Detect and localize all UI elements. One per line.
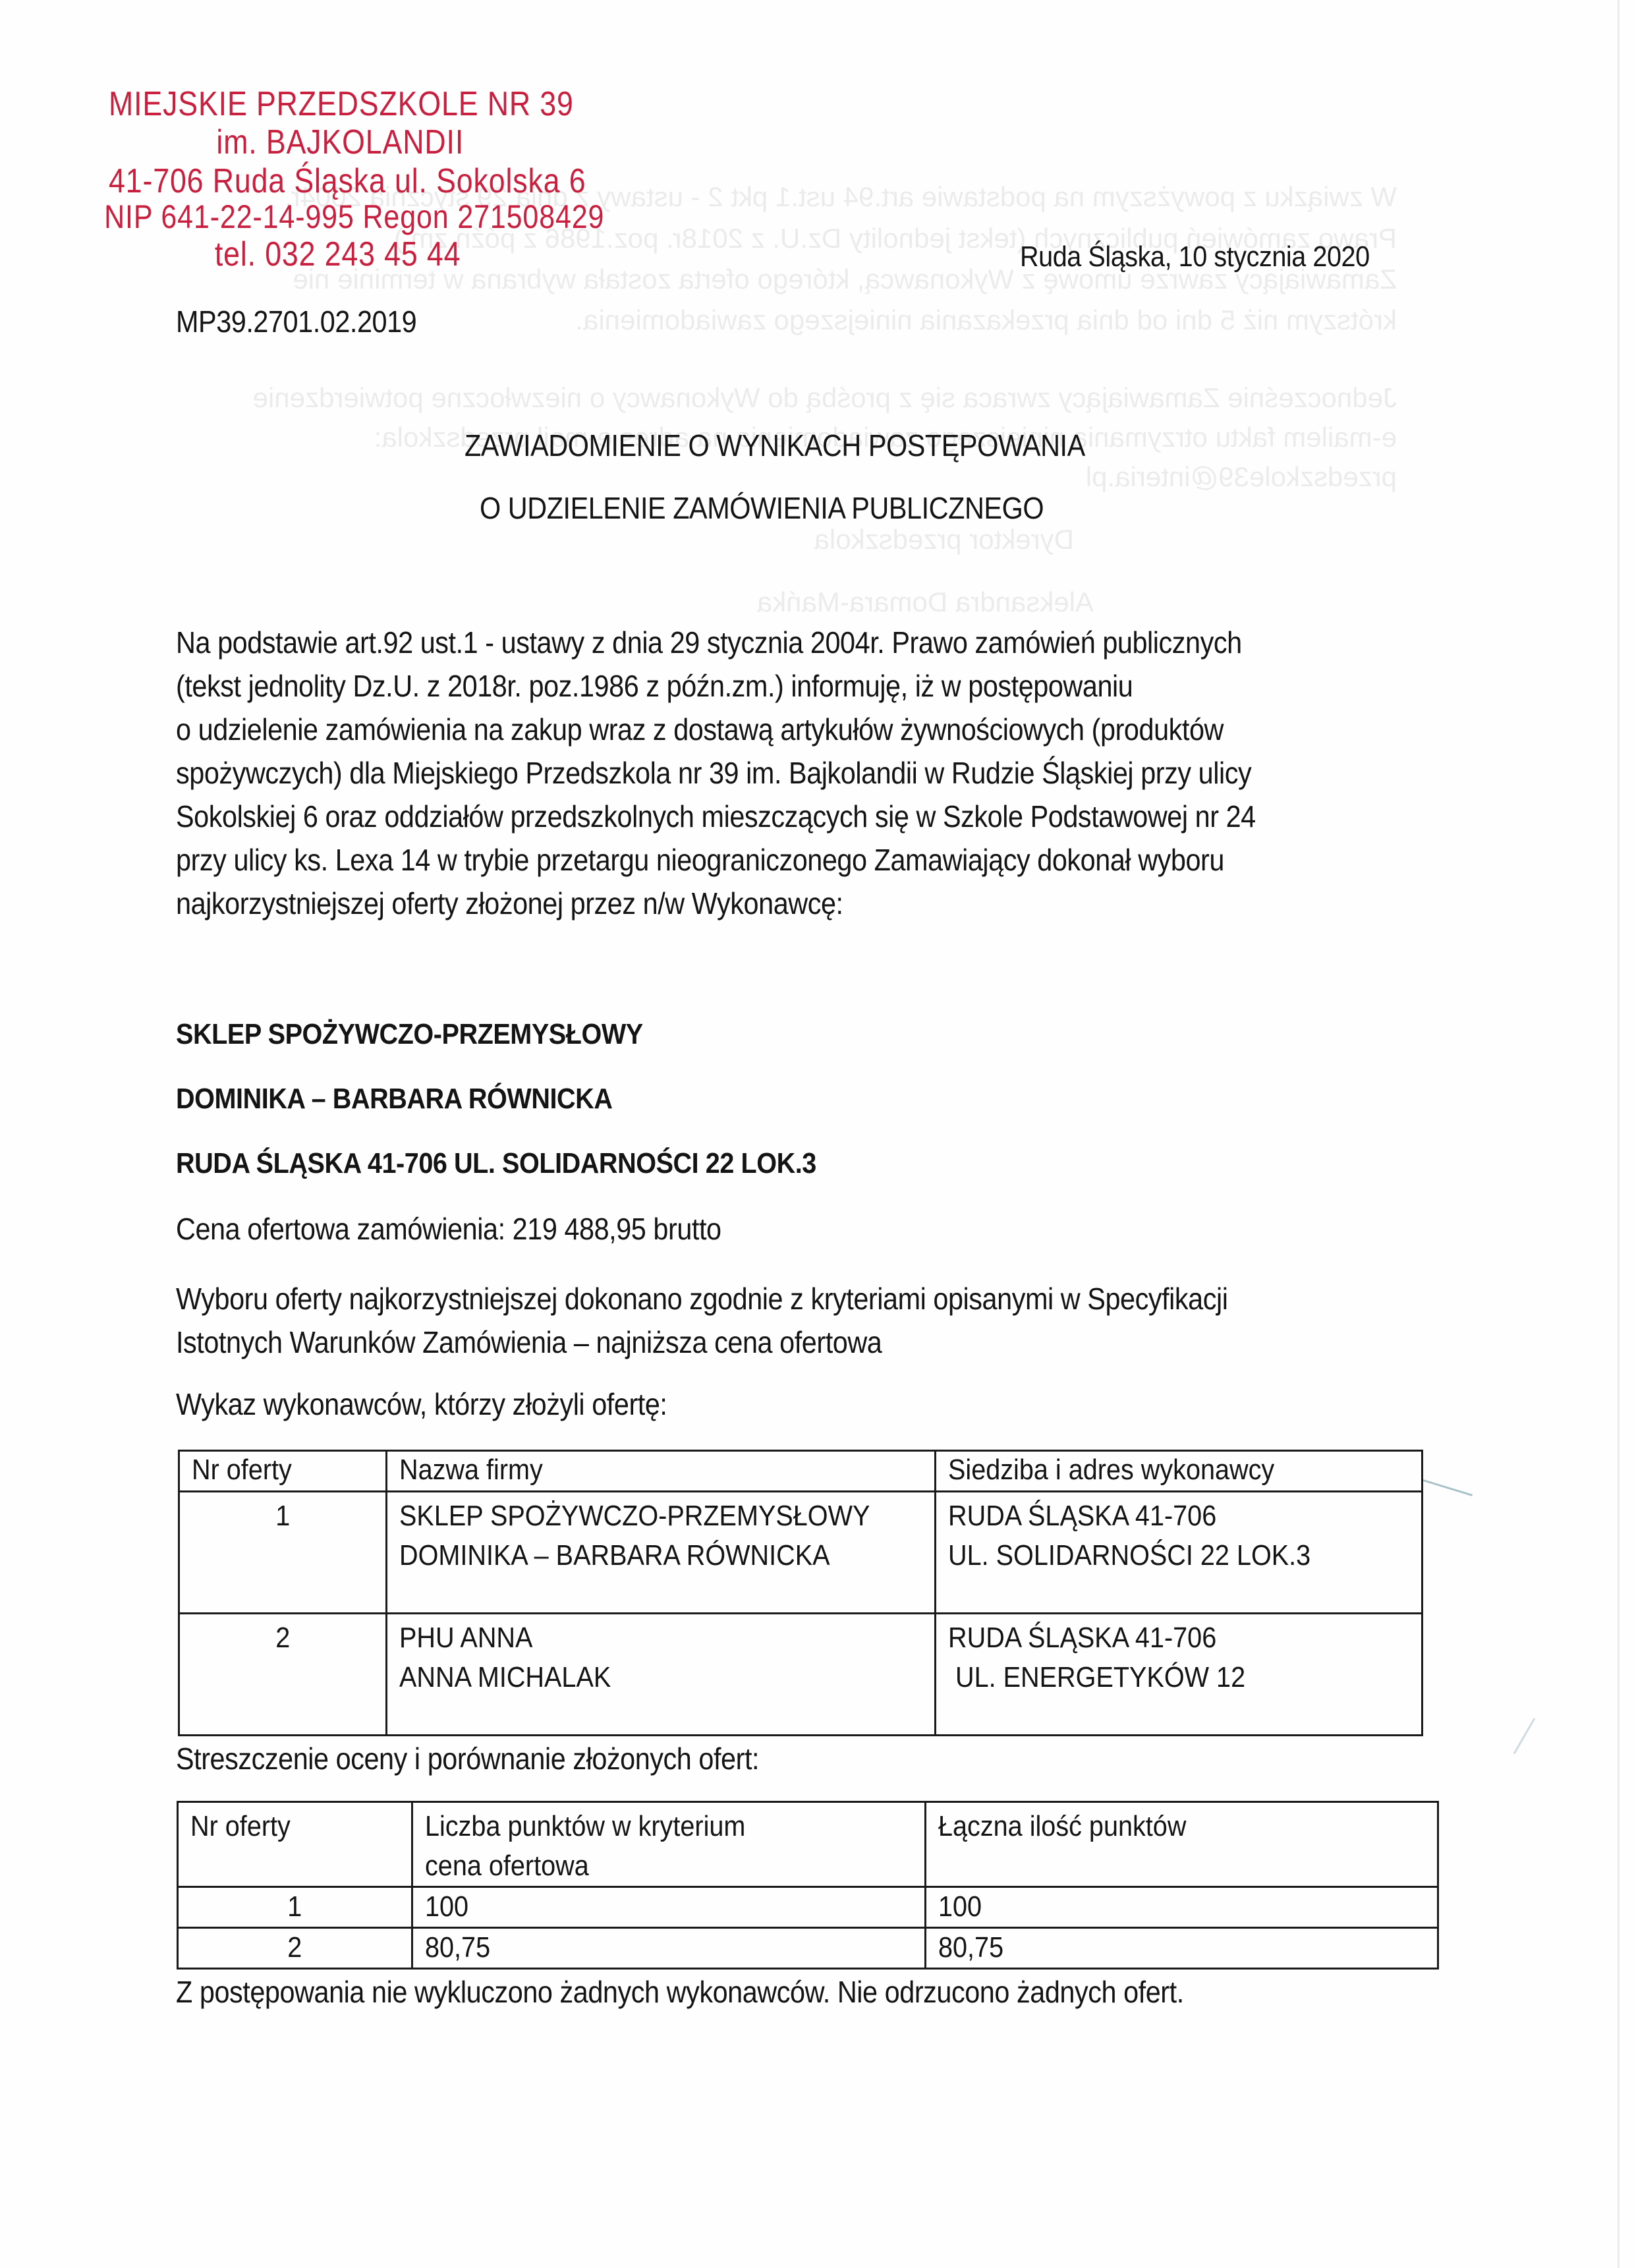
winner-address: RUDA ŚLĄSKA 41-706 UL. SOLIDARNOŚCI 22 L…	[176, 1142, 816, 1185]
table-header-cell: Liczba punktów w kryterium cena ofertowa	[412, 1802, 926, 1887]
table-header-row: Nr oferty Nazwa firmy Siedziba i adres w…	[179, 1451, 1423, 1492]
table-row: 2 80,75 80,75	[178, 1928, 1438, 1969]
total-points-cell: 80,75	[926, 1928, 1438, 1969]
criteria-line-2: Istotnych Warunków Zamówienia – najniższ…	[176, 1320, 882, 1364]
stamp-line-name: MIEJSKIE PRZEDSZKOLE NR 39	[109, 84, 574, 124]
institution-stamp: MIEJSKIE PRZEDSZKOLE NR 39 im. BAJKOLAND…	[109, 84, 573, 282]
bidders-table-caption: Wykaz wykonawców, którzy złożyli ofertę:	[176, 1382, 667, 1426]
scores-table: Nr oferty Liczba punktów w kryterium cen…	[177, 1801, 1439, 1970]
bidders-table: Nr oferty Nazwa firmy Siedziba i adres w…	[178, 1450, 1423, 1736]
table-row: 1 SKLEP SPOŻYWCZO-PRZEMYSŁOWY DOMINIKA –…	[179, 1492, 1423, 1614]
stamp-line-nip-regon: NIP 641-22-14-995 Regon 271508429	[104, 198, 604, 236]
pen-mark	[1513, 1718, 1536, 1754]
reference-number: MP39.2701.02.2019	[176, 300, 416, 343]
table-header-cell: Nr oferty	[178, 1802, 412, 1887]
document-title-line-2: O UDZIELENIE ZAMÓWIENIA PUBLICZNEGO	[480, 486, 1044, 530]
bleed-line: Aleksandra Domara-Mańka	[725, 586, 1094, 618]
intro-line: o udzielenie zamówienia na zakup wraz z …	[176, 708, 1224, 751]
intro-line: najkorzystniejszej oferty złożonej przez…	[176, 882, 843, 925]
table-header-cell: Nr oferty	[179, 1451, 387, 1492]
offer-number-cell: 2	[178, 1928, 412, 1969]
bleed-line: Jednocześnie Zamawiający zwraca się z pr…	[369, 382, 1397, 414]
company-address-cell: RUDA ŚLĄSKA 41-706 UL. SOLIDARNOŚCI 22 L…	[935, 1492, 1422, 1614]
place-date: Ruda Śląska, 10 stycznia 2020	[1020, 235, 1370, 279]
stamp-line-address: 41-706 Ruda Śląska ul. Sokolska 6	[109, 161, 586, 201]
offer-number-cell: 2	[179, 1614, 387, 1736]
offer-number-cell: 1	[178, 1887, 412, 1928]
closing-statement: Z postępowania nie wykluczono żadnych wy…	[176, 1970, 1184, 2014]
winner-name-line-2: DOMINIKA – BARBARA RÓWNICKA	[176, 1077, 612, 1121]
table-header-row: Nr oferty Liczba punktów w kryterium cen…	[178, 1802, 1438, 1887]
stamp-line-phone: tel. 032 243 45 44	[215, 235, 461, 274]
intro-line: (tekst jednolity Dz.U. z 2018r. poz.1986…	[176, 664, 1133, 708]
criterion-points-cell: 100	[412, 1887, 926, 1928]
intro-line: przy ulicy ks. Lexa 14 w trybie przetarg…	[176, 838, 1224, 882]
offer-number-cell: 1	[179, 1492, 387, 1614]
scores-table-caption: Streszczenie oceny i porównanie złożonyc…	[176, 1737, 759, 1780]
company-name-cell: PHU ANNA ANNA MICHALAK	[387, 1614, 936, 1736]
winner-name-line-1: SKLEP SPOŻYWCZO-PRZEMYSŁOWY	[176, 1013, 643, 1056]
company-address-cell: RUDA ŚLĄSKA 41-706 UL. ENERGETYKÓW 12	[935, 1614, 1422, 1736]
total-points-cell: 100	[926, 1887, 1438, 1928]
stamp-line-patron: im. BAJKOLANDII	[216, 123, 464, 162]
offer-price: Cena ofertowa zamówienia: 219 488,95 bru…	[176, 1207, 721, 1251]
company-name-cell: SKLEP SPOŻYWCZO-PRZEMYSŁOWY DOMINIKA – B…	[387, 1492, 936, 1614]
intro-line: Sokolskiej 6 oraz oddziałów przedszkolny…	[176, 795, 1256, 838]
table-header-cell: Siedziba i adres wykonawcy	[935, 1451, 1422, 1492]
document-title-line-1: ZAWIADOMIENIE O WYNIKACH POSTĘPOWANIA	[465, 424, 1085, 467]
criteria-line-1: Wyboru oferty najkorzystniejszej dokonan…	[176, 1277, 1227, 1320]
table-header-cell: Nazwa firmy	[387, 1451, 936, 1492]
table-row: 1 100 100	[178, 1887, 1438, 1928]
table-header-cell: Łączna ilość punktów	[926, 1802, 1438, 1887]
intro-line: Na podstawie art.92 ust.1 - ustawy z dni…	[176, 621, 1242, 664]
pen-mark	[1423, 1479, 1473, 1496]
bleed-line: krótszym niż 5 dni od dnia przekazania n…	[527, 304, 1397, 336]
intro-line: spożywczych) dla Miejskiego Przedszkola …	[176, 751, 1251, 795]
table-row: 2 PHU ANNA ANNA MICHALAK RUDA ŚLĄSKA 41-…	[179, 1614, 1423, 1736]
criterion-points-cell: 80,75	[412, 1928, 926, 1969]
scan-edge-line	[1618, 0, 1620, 2268]
